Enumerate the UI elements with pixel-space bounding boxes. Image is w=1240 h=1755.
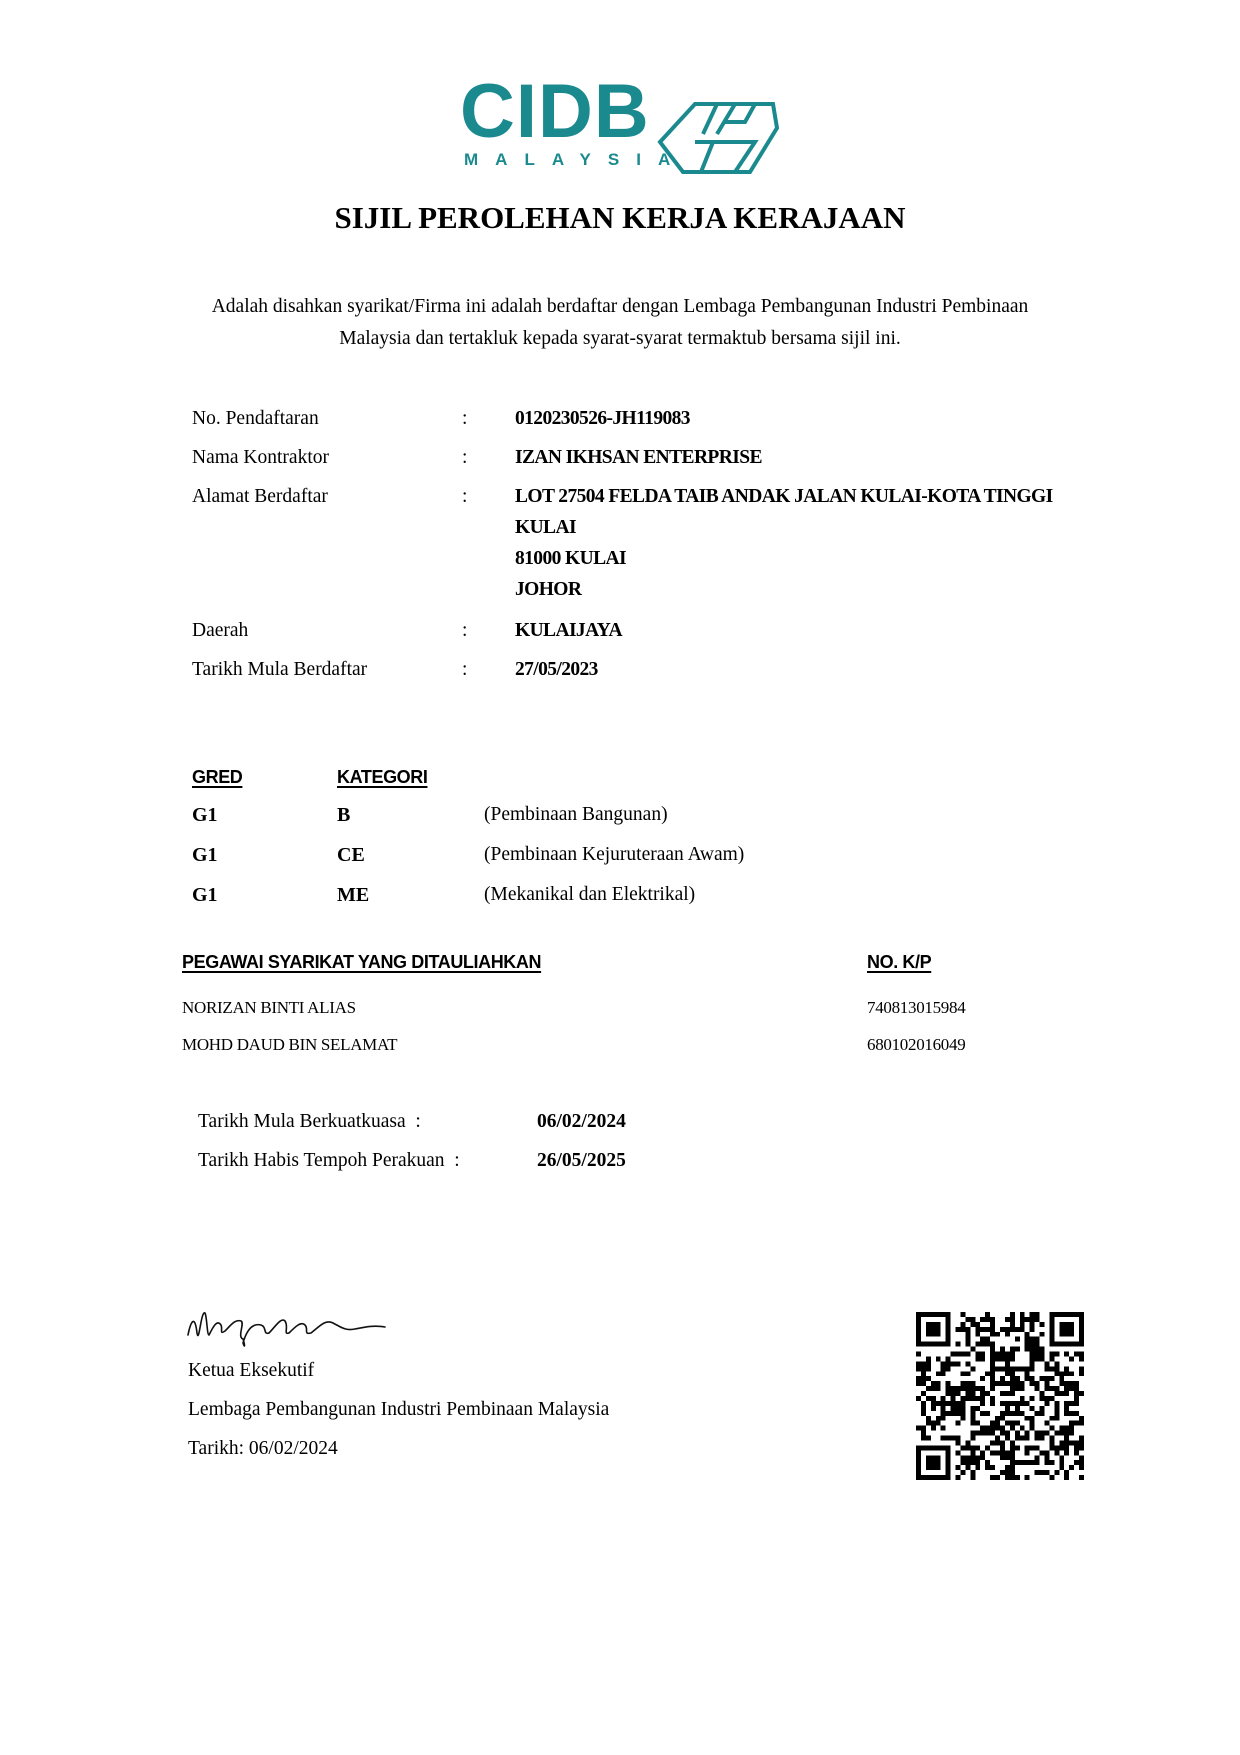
cidb-emblem-icon — [655, 82, 780, 174]
qr-code-icon — [915, 1312, 1085, 1480]
category-value: ME — [337, 884, 369, 907]
district-value: KULAIJAYA — [515, 620, 622, 642]
address-line-2: KULAI — [515, 517, 576, 539]
contractor-name-value: IZAN IKHSAN ENTERPRISE — [515, 447, 762, 469]
officer-ic: 680102016049 — [867, 1035, 965, 1055]
registration-no-label: No. Pendaftaran — [192, 408, 319, 430]
category-header: KATEGORI — [337, 767, 427, 788]
address-line-4: JOHOR — [515, 579, 581, 601]
grade-value: G1 — [192, 884, 218, 907]
address-line-1: LOT 27504 FELDA TAIB ANDAK JALAN KULAI-K… — [515, 486, 1053, 508]
category-value: CE — [337, 844, 365, 867]
category-value: B — [337, 804, 350, 827]
contractor-name-label: Nama Kontraktor — [192, 447, 329, 469]
validity-start-label: Tarikh Mula Berkuatkuasa : — [198, 1111, 421, 1133]
signature-date: Tarikh: 06/02/2024 — [188, 1438, 338, 1460]
grade-value: G1 — [192, 804, 218, 827]
signatory-organization: Lembaga Pembangunan Industri Pembinaan M… — [188, 1399, 609, 1421]
intro-line-2: Malaysia dan tertakluk kepada syarat-sya… — [0, 328, 1240, 350]
logo-sub-text: MALAYSIA — [464, 150, 687, 170]
colon: : — [462, 659, 467, 681]
colon: : — [462, 620, 467, 642]
validity-start-value: 06/02/2024 — [537, 1111, 626, 1133]
registration-no-value: 0120230526-JH119083 — [515, 408, 690, 430]
intro-line-1: Adalah disahkan syarikat/Firma ini adala… — [0, 296, 1240, 318]
officer-name: MOHD DAUD BIN SELAMAT — [182, 1035, 397, 1055]
colon: : — [462, 408, 467, 430]
officer-ic: 740813015984 — [867, 998, 965, 1018]
officer-name-header: PEGAWAI SYARIKAT YANG DITAULIAHKAN — [182, 952, 541, 973]
logo-main-text: CIDB — [460, 68, 650, 155]
signatory-title: Ketua Eksekutif — [188, 1360, 314, 1382]
grade-header: GRED — [192, 767, 242, 788]
category-description: (Pembinaan Kejuruteraan Awam) — [484, 844, 744, 866]
grade-value: G1 — [192, 844, 218, 867]
colon: : — [462, 486, 467, 508]
registration-date-label: Tarikh Mula Berdaftar — [192, 659, 367, 681]
validity-end-value: 26/05/2025 — [537, 1150, 626, 1172]
category-description: (Mekanikal dan Elektrikal) — [484, 884, 695, 906]
certificate-title: SIJIL PEROLEHAN KERJA KERAJAAN — [0, 200, 1240, 236]
validity-end-label: Tarikh Habis Tempoh Perakuan : — [198, 1150, 460, 1172]
cidb-logo: CIDB MALAYSIA — [460, 80, 780, 175]
registration-date-value: 27/05/2023 — [515, 659, 598, 681]
district-label: Daerah — [192, 620, 248, 642]
category-description: (Pembinaan Bangunan) — [484, 804, 668, 826]
address-line-3: 81000 KULAI — [515, 548, 626, 570]
signature-image — [185, 1305, 395, 1355]
officer-ic-header: NO. K/P — [867, 952, 931, 973]
officer-name: NORIZAN BINTI ALIAS — [182, 998, 356, 1018]
address-label: Alamat Berdaftar — [192, 486, 328, 508]
colon: : — [462, 447, 467, 469]
